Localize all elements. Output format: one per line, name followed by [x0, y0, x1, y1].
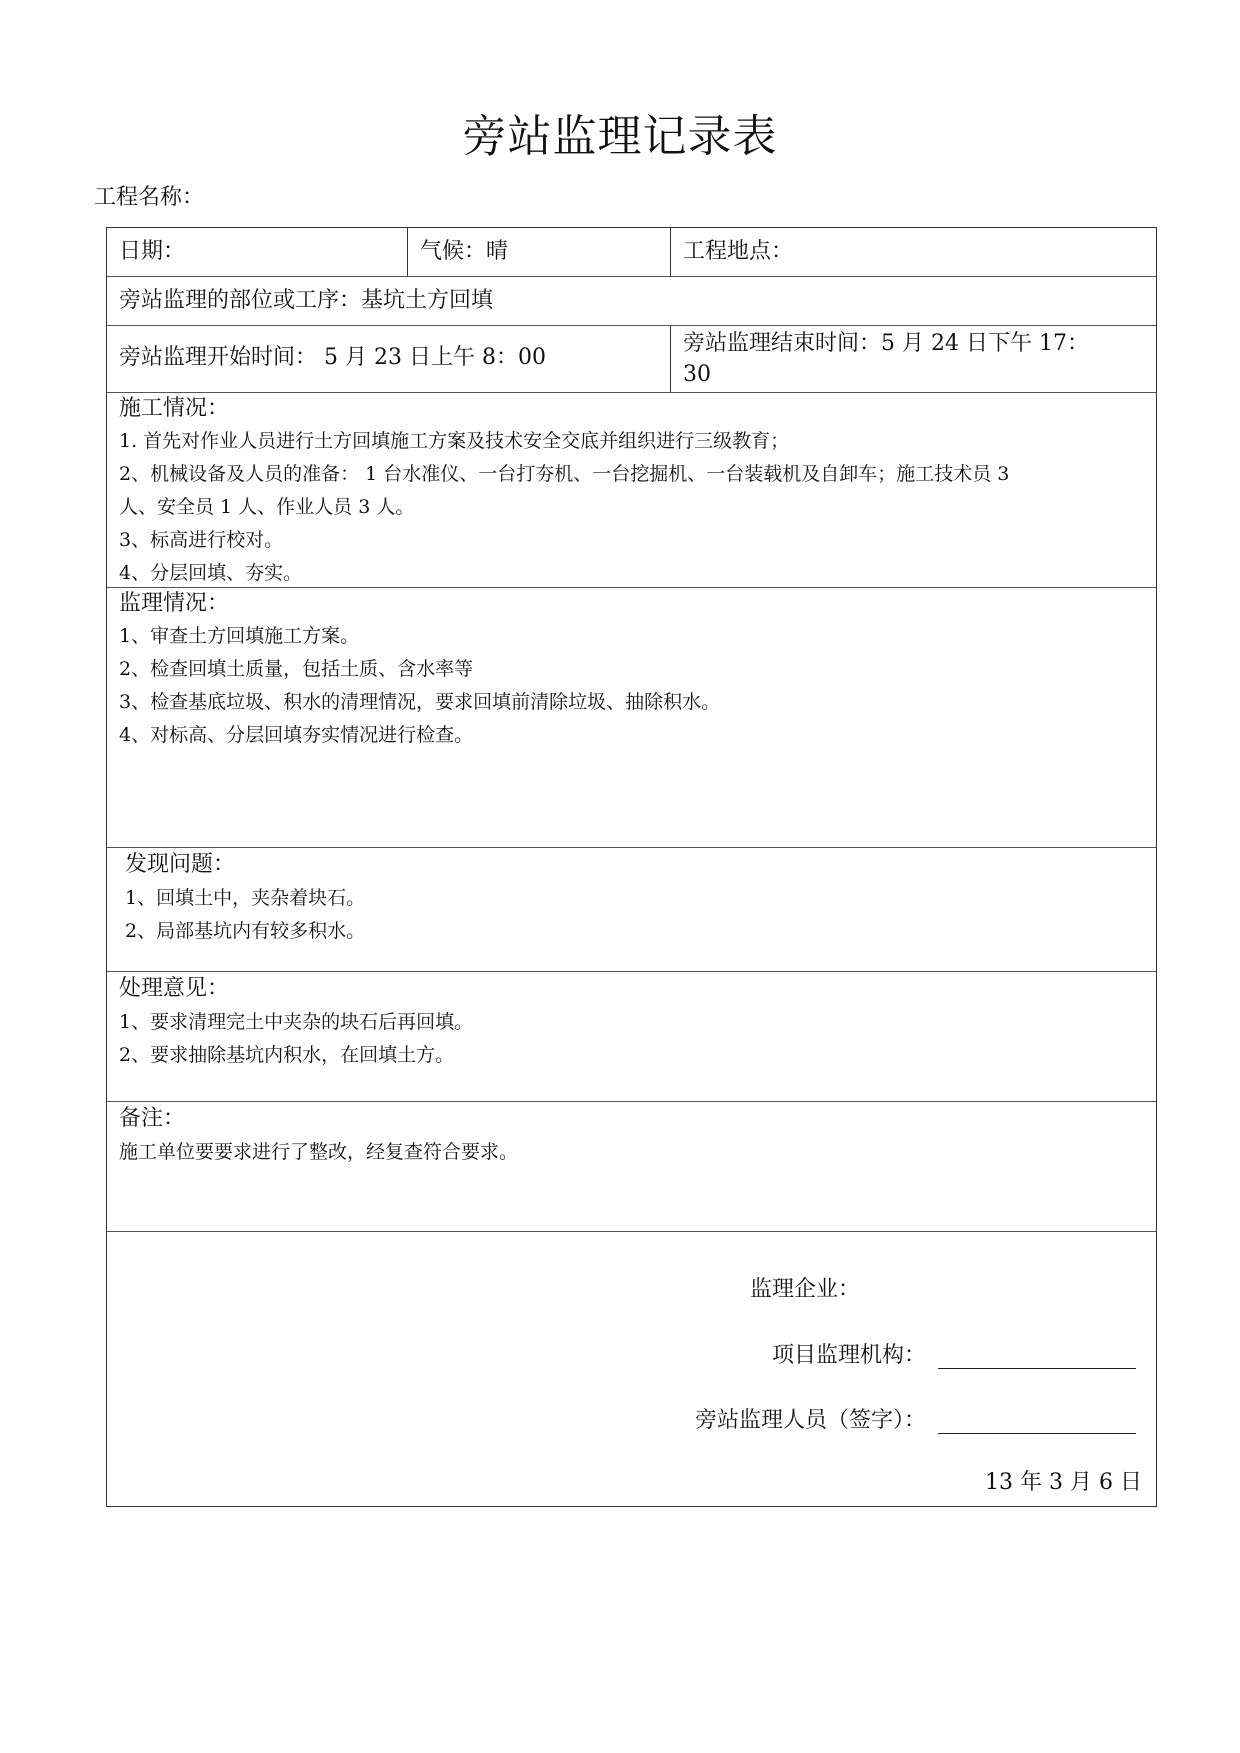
construction-line: 人、安全员 1 人、作业人员 3 人。	[119, 491, 1156, 524]
supervision-line: 4、对标高、分层回填夯实情况进行检查。	[119, 719, 1156, 752]
supervision-line: 2、检查回填土质量，包括土质、含水率等	[119, 653, 1156, 686]
remarks-heading: 备注：	[119, 1102, 1156, 1136]
location-field[interactable]: 工程地点：	[670, 228, 1156, 276]
handling-section[interactable]: 处理意见： 1、要求清理完土中夹杂的块石后再回填。 2、要求抽除基坑内积水，在回…	[107, 971, 1156, 1101]
person-signature: 旁站监理人员（签字）：	[695, 1403, 1136, 1434]
remarks-section[interactable]: 备注： 施工单位要要求进行了整改，经复查符合要求。	[107, 1101, 1156, 1231]
supervision-section[interactable]: 监理情况： 1、审查土方回填施工方案。 2、检查回填土质量，包括土质、含水率等 …	[107, 587, 1156, 847]
process-field[interactable]: 旁站监理的部位或工序：基坑土方回填	[107, 277, 1156, 325]
signature-date: 13 年 3 月 6 日	[985, 1465, 1142, 1496]
construction-line: 4、分层回填、夯实。	[119, 557, 1156, 590]
signature-section: 监理企业： 项目监理机构： 旁站监理人员（签字）： 13 年 3 月 6 日	[107, 1231, 1156, 1506]
org-signature-line[interactable]	[938, 1367, 1136, 1369]
end-time-line1: 旁站监理结束时间：5 月 24 日下午 17：	[683, 328, 1156, 359]
supervision-heading: 监理情况：	[119, 588, 1156, 620]
record-table: 日期： 气候：晴 工程地点： 旁站监理的部位或工序：基坑土方回填 旁站监理开始时…	[106, 227, 1157, 1507]
end-time-field[interactable]: 旁站监理结束时间：5 月 24 日下午 17： 30	[670, 326, 1156, 392]
remarks-line: 施工单位要要求进行了整改，经复查符合要求。	[119, 1136, 1156, 1169]
header-row: 日期： 气候：晴 工程地点：	[107, 228, 1156, 276]
construction-heading: 施工情况：	[119, 393, 1156, 425]
supervision-line: 1、审查土方回填施工方案。	[119, 620, 1156, 653]
person-signature-line[interactable]	[938, 1432, 1136, 1434]
issues-section[interactable]: 发现问题： 1、回填土中，夹杂着块石。 2、局部基坑内有较多积水。	[107, 847, 1156, 971]
issues-line: 2、局部基坑内有较多积水。	[125, 915, 1156, 948]
construction-line: 3、标高进行校对。	[119, 524, 1156, 557]
date-field[interactable]: 日期：	[107, 228, 407, 276]
construction-section[interactable]: 施工情况： 1. 首先对作业人员进行土方回填施工方案及技术安全交底并组织进行三级…	[107, 392, 1156, 587]
handling-heading: 处理意见：	[119, 972, 1156, 1006]
start-time-field[interactable]: 旁站监理开始时间： 5 月 23 日上午 8：00	[107, 326, 670, 392]
end-time-line2: 30	[683, 359, 1156, 390]
process-row: 旁站监理的部位或工序：基坑土方回填	[107, 276, 1156, 325]
person-label: 旁站监理人员（签字）：	[695, 1408, 926, 1433]
org-label: 项目监理机构：	[772, 1343, 926, 1368]
handling-line: 2、要求抽除基坑内积水，在回填土方。	[119, 1039, 1156, 1072]
company-label: 监理企业：	[750, 1272, 860, 1303]
issues-line: 1、回填土中，夹杂着块石。	[125, 882, 1156, 915]
supervision-line: 3、检查基底垃圾、积水的清理情况，要求回填前清除垃圾、抽除积水。	[119, 686, 1156, 719]
issues-heading: 发现问题：	[125, 848, 1156, 882]
page-title: 旁站监理记录表	[0, 100, 1240, 164]
construction-line: 1. 首先对作业人员进行土方回填施工方案及技术安全交底并组织进行三级教育；	[119, 425, 1156, 458]
weather-field[interactable]: 气候：晴	[407, 228, 670, 276]
project-name-label: 工程名称：	[94, 180, 204, 211]
time-row: 旁站监理开始时间： 5 月 23 日上午 8：00 旁站监理结束时间：5 月 2…	[107, 325, 1156, 392]
handling-line: 1、要求清理完土中夹杂的块石后再回填。	[119, 1006, 1156, 1039]
construction-line: 2、机械设备及人员的准备： 1 台水准仪、一台打夯机、一台挖掘机、一台装载机及自…	[119, 458, 1156, 491]
org-signature: 项目监理机构：	[772, 1338, 1136, 1369]
